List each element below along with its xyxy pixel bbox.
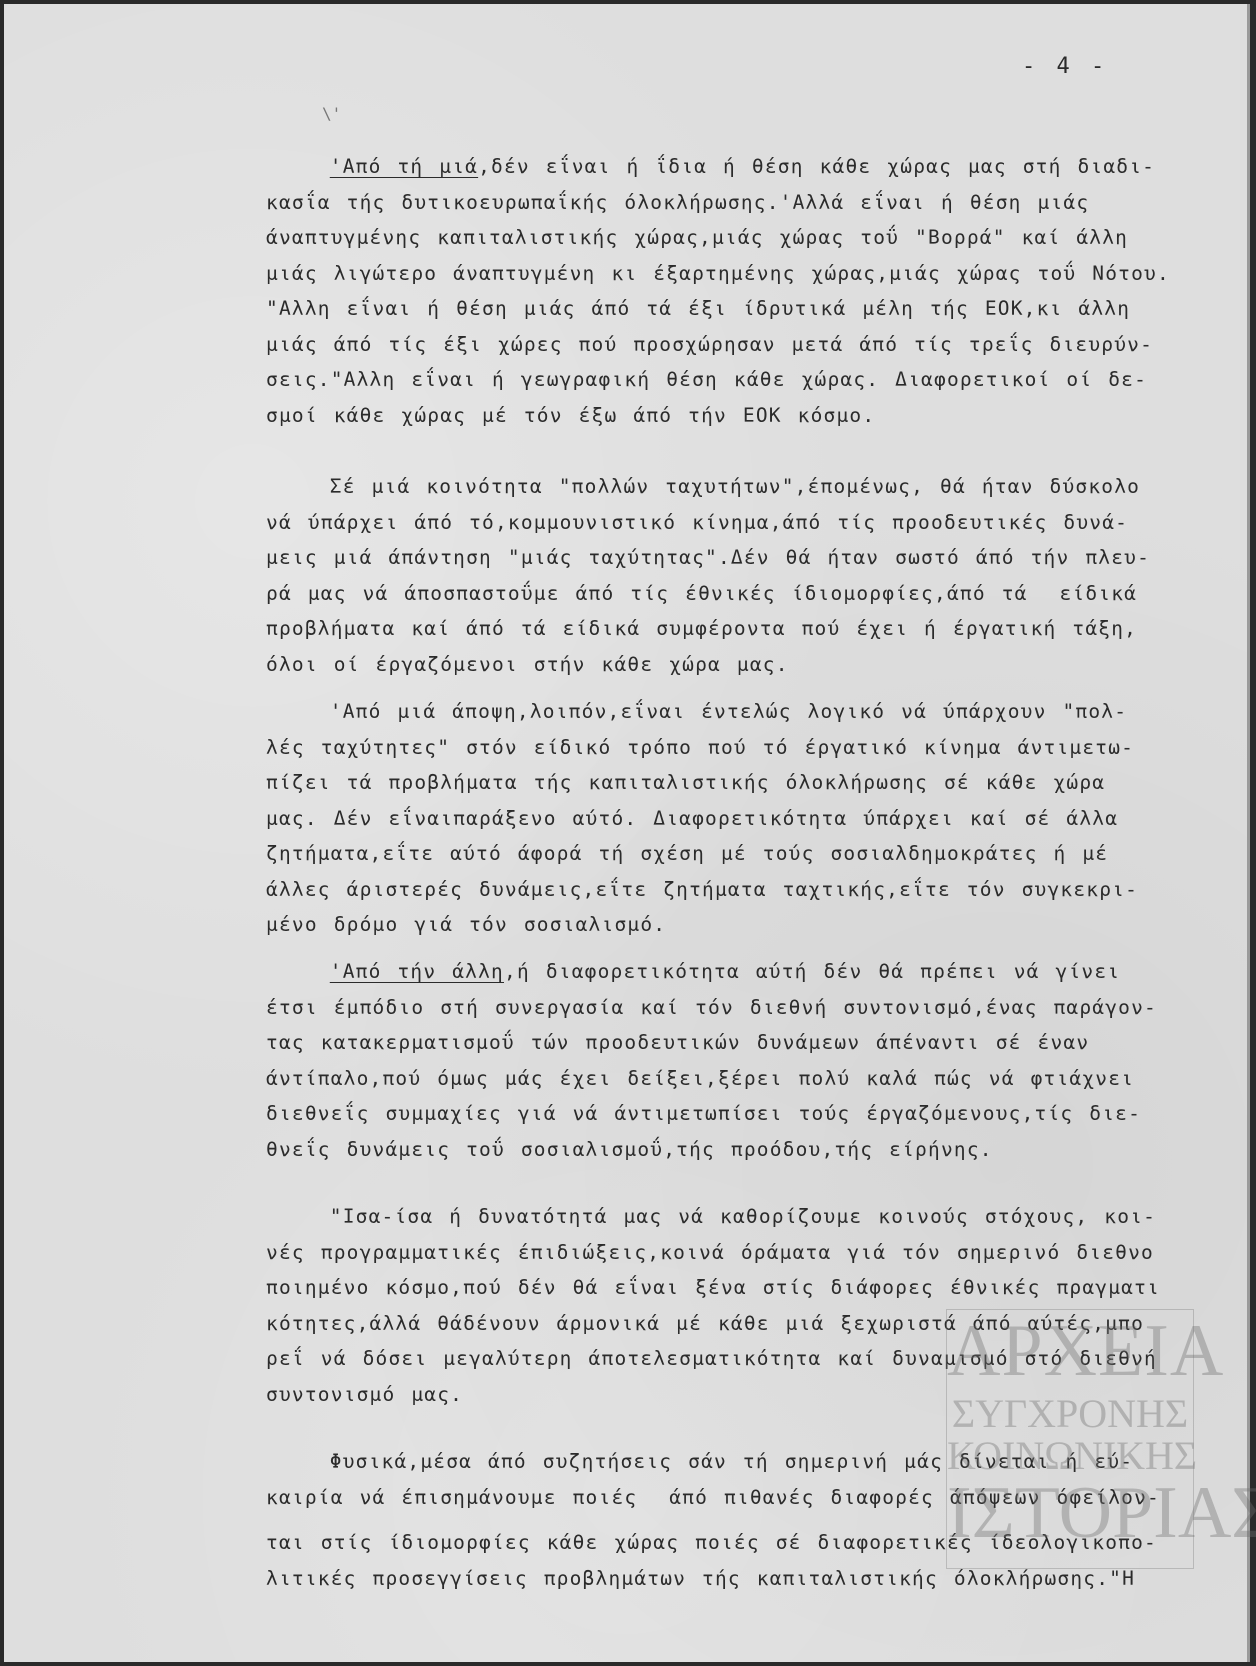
paragraph: Φυσικά,μέσα άπό συζητήσεις σάν τή σημερι… — [266, 1444, 1236, 1596]
paragraph: Σέ μιά κοινότητα "πολλών ταχυτήτων",έπομ… — [266, 469, 1236, 682]
text-line: ρά μας νά άποσπαστοΰμε άπό τίς έθνικές ί… — [266, 576, 1236, 612]
text-line: θνεΐς δυνάμεις τοΰ σοσιαλισμοΰ,τής προόδ… — [266, 1132, 1236, 1168]
line-text: λιτικές προσεγγίσεις προβλημάτων τής καπ… — [266, 1567, 1135, 1590]
text-line: συντονισμό μας. — [266, 1377, 1236, 1413]
text-line: 'Από τήν άλλη,ή διαφορετικότητα αύτή δέν… — [266, 954, 1236, 990]
indent — [266, 960, 330, 983]
line-text: έτσι έμπόδιο στή συνεργασία καί τόν διεθ… — [266, 996, 1157, 1019]
line-text: καιρία νά έπισημάνουμε ποιές άπό πιθανές… — [266, 1486, 1160, 1509]
text-line: άναπτυγμένης καπιταλιστικής χώρας,μιάς χ… — [266, 220, 1236, 256]
text-line: Σέ μιά κοινότητα "πολλών ταχυτήτων",έπομ… — [266, 469, 1236, 505]
line-text: κότητες,άλλά θάδένουν άρμονικά μέ κάθε μ… — [266, 1312, 1144, 1335]
paragraph: 'Από μιά άποψη,λοιπόν,εΐναι έντελώς λογι… — [266, 694, 1236, 943]
line-text: σεις."Αλλη εΐναι ή γεωγραφική θέση κάθε … — [266, 368, 1147, 391]
text-line: μεις μιά άπάντηση "μιάς ταχύτητας".Δέν θ… — [266, 540, 1236, 576]
line-text: τας κατακερματισμοΰ τών προοδευτικών δυν… — [266, 1031, 1089, 1054]
line-text: άλλες άριστερές δυνάμεις,εΐτε ζητήματα τ… — [266, 878, 1138, 901]
line-text: "Ισα-ίσα ή δυνατότητά μας νά καθορίζουμε… — [330, 1205, 1156, 1228]
paragraph: 'Από τή μιά,δέν εΐναι ή ΐδια ή θέση κάθε… — [266, 149, 1236, 433]
text-line: καιρία νά έπισημάνουμε ποιές άπό πιθανές… — [266, 1480, 1236, 1516]
text-line: ζητήματα,εΐτε αύτό άφορά τή σχέση μέ τού… — [266, 836, 1236, 872]
text-line: λές ταχύτητες" στόν είδικό τρόπο πού τό … — [266, 730, 1236, 766]
text-line: "Αλλη εΐναι ή θέση μιάς άπό τά έξι ίδρυτ… — [266, 291, 1236, 327]
text-line: κότητες,άλλά θάδένουν άρμονικά μέ κάθε μ… — [266, 1306, 1236, 1342]
line-text: Φυσικά,μέσα άπό συζητήσεις σάν τή σημερι… — [330, 1450, 1133, 1473]
line-text: συντονισμό μας. — [266, 1383, 463, 1406]
text-line: κασΐα τής δυτικοευρωπαΐκής όλοκλήρωσης.'… — [266, 185, 1236, 221]
text-line: μένο δρόμο γιά τόν σοσιαλισμό. — [266, 907, 1236, 943]
line-text: λές ταχύτητες" στόν είδικό τρόπο πού τό … — [266, 736, 1134, 759]
text-line: ρεΐ νά δόσει μεγαλύτερη άποτελεσματικότη… — [266, 1341, 1236, 1377]
text-line: άλλες άριστερές δυνάμεις,εΐτε ζητήματα τ… — [266, 872, 1236, 908]
line-text: ρεΐ νά δόσει μεγαλύτερη άποτελεσματικότη… — [266, 1347, 1157, 1370]
text-line: τας κατακερματισμοΰ τών προοδευτικών δυν… — [266, 1025, 1236, 1061]
line-text: κασΐα τής δυτικοευρωπαΐκής όλοκλήρωσης.'… — [266, 191, 1089, 214]
line-text: σμοί κάθε χώρας μέ τόν έξω άπό τήν ΕΟΚ κ… — [266, 404, 875, 427]
line-text: ποιημένο κόσμο,πού δέν θά εΐναι ξένα στί… — [266, 1276, 1160, 1299]
line-text: ζητήματα,εΐτε αύτό άφορά τή σχέση μέ τού… — [266, 842, 1108, 865]
text-line: ται στίς ίδιομορφίες κάθε χώρας ποιές σέ… — [266, 1525, 1236, 1561]
line-text: μένο δρόμο γιά τόν σοσιαλισμό. — [266, 913, 666, 936]
text-line: όλοι οί έργαζόμενοι στήν κάθε χώρα μας. — [266, 647, 1236, 683]
indent — [266, 1205, 330, 1228]
indent — [266, 700, 330, 723]
line-text: ,δέν εΐναι ή ΐδια ή θέση κάθε χώρας μας … — [478, 155, 1155, 178]
text-line: σεις."Αλλη εΐναι ή γεωγραφική θέση κάθε … — [266, 362, 1236, 398]
line-text: νά ύπάρχει άπό τό,κομμουνιστικό κίνημα,ά… — [266, 511, 1128, 534]
paragraph: "Ισα-ίσα ή δυνατότητά μας νά καθορίζουμε… — [266, 1199, 1236, 1412]
text-line: άντίπαλο,πού όμως μάς έχει δείξει,ξέρει … — [266, 1061, 1236, 1097]
line-text: θνεΐς δυνάμεις τοΰ σοσιαλισμοΰ,τής προόδ… — [266, 1138, 993, 1161]
line-text: Σέ μιά κοινότητα "πολλών ταχυτήτων",έπομ… — [330, 475, 1140, 498]
text-line: διεθνεΐς συμμαχίες γιά νά άντιμετωπίσει … — [266, 1096, 1236, 1132]
text-line: προβλήματα καί άπό τά είδικά συμφέροντα … — [266, 611, 1236, 647]
line-text: νές προγραμματικές έπιδιώξεις,κοινά όράμ… — [266, 1241, 1154, 1264]
text-line: νές προγραμματικές έπιδιώξεις,κοινά όράμ… — [266, 1235, 1236, 1271]
line-text: μιάς άπό τίς έξι χώρες πού προσχώρησαν μ… — [266, 333, 1153, 356]
text-line: μας. Δέν εΐναιπαράξενο αύτό. Διαφορετικό… — [266, 801, 1236, 837]
underlined-lead: 'Από τή μιά — [330, 155, 478, 178]
line-text: μιάς λιγώτερο άναπτυγμένη κι έξαρτημένης… — [266, 262, 1170, 285]
line-text: "Αλλη εΐναι ή θέση μιάς άπό τά έξι ίδρυτ… — [266, 297, 1130, 320]
text-line: λιτικές προσεγγίσεις προβλημάτων τής καπ… — [266, 1561, 1236, 1597]
indent — [266, 155, 330, 178]
line-text: άναπτυγμένης καπιταλιστικής χώρας,μιάς χ… — [266, 226, 1128, 249]
text-line: πίζει τά προβλήματα τής καπιταλιστικής ό… — [266, 765, 1236, 801]
line-text: άντίπαλο,πού όμως μάς έχει δείξει,ξέρει … — [266, 1067, 1134, 1090]
line-text: 'Από μιά άποψη,λοιπόν,εΐναι έντελώς λογι… — [330, 700, 1127, 723]
text-line: "Ισα-ίσα ή δυνατότητά μας νά καθορίζουμε… — [266, 1199, 1236, 1235]
stray-ink-mark: \' — [322, 104, 341, 123]
underlined-lead: 'Από τήν άλλη — [330, 960, 504, 983]
line-text: ρά μας νά άποσπαστοΰμε άπό τίς έθνικές ί… — [266, 582, 1137, 605]
line-text: μας. Δέν εΐναιπαράξενο αύτό. Διαφορετικό… — [266, 807, 1118, 830]
text-line: μιάς λιγώτερο άναπτυγμένη κι έξαρτημένης… — [266, 256, 1236, 292]
text-line: ποιημένο κόσμο,πού δέν θά εΐναι ξένα στί… — [266, 1270, 1236, 1306]
indent — [266, 1450, 330, 1473]
text-line: νά ύπάρχει άπό τό,κομμουνιστικό κίνημα,ά… — [266, 505, 1236, 541]
page-number: - 4 - — [1022, 54, 1108, 79]
text-line: μιάς άπό τίς έξι χώρες πού προσχώρησαν μ… — [266, 327, 1236, 363]
indent — [266, 475, 330, 498]
text-line: έτσι έμπόδιο στή συνεργασία καί τόν διεθ… — [266, 990, 1236, 1026]
line-text: διεθνεΐς συμμαχίες γιά νά άντιμετωπίσει … — [266, 1102, 1141, 1125]
scanned-page: - 4 - \' 'Από τή μιά,δέν εΐναι ή ΐδια ή … — [4, 4, 1250, 1662]
paragraph: 'Από τήν άλλη,ή διαφορετικότητα αύτή δέν… — [266, 954, 1236, 1167]
line-text: πίζει τά προβλήματα τής καπιταλιστικής ό… — [266, 771, 1105, 794]
text-line: 'Από μιά άποψη,λοιπόν,εΐναι έντελώς λογι… — [266, 694, 1236, 730]
line-text: μεις μιά άπάντηση "μιάς ταχύτητας".Δέν θ… — [266, 546, 1150, 569]
text-line: 'Από τή μιά,δέν εΐναι ή ΐδια ή θέση κάθε… — [266, 149, 1236, 185]
line-text: ται στίς ίδιομορφίες κάθε χώρας ποιές σέ… — [266, 1531, 1157, 1554]
text-line: σμοί κάθε χώρας μέ τόν έξω άπό τήν ΕΟΚ κ… — [266, 398, 1236, 434]
text-line: Φυσικά,μέσα άπό συζητήσεις σάν τή σημερι… — [266, 1444, 1236, 1480]
line-text: ,ή διαφορετικότητα αύτή δέν θά πρέπει νά… — [504, 960, 1120, 983]
line-text: προβλήματα καί άπό τά είδικά συμφέροντα … — [266, 617, 1137, 640]
line-text: όλοι οί έργαζόμενοι στήν κάθε χώρα μας. — [266, 653, 789, 676]
